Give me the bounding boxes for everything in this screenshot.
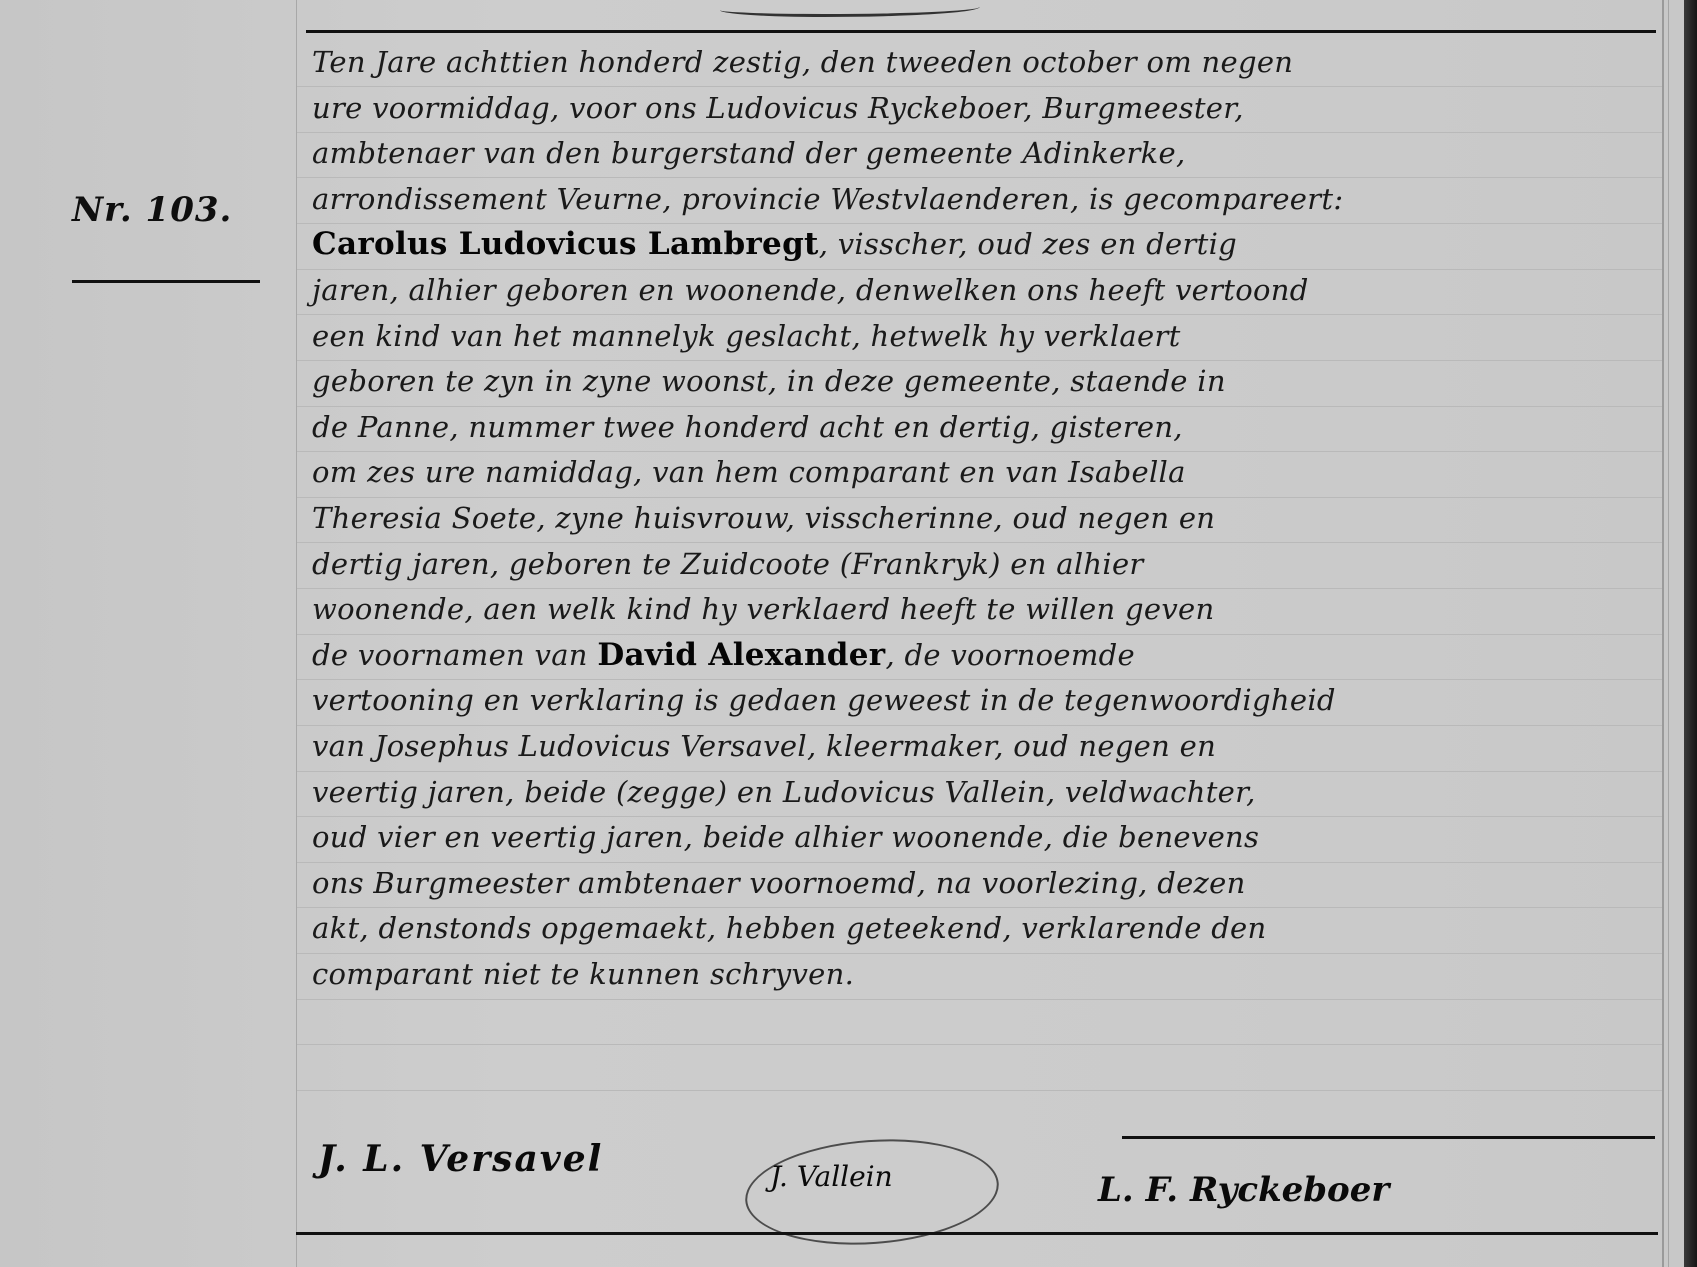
child-name-suffix: , de voornoemde bbox=[885, 638, 1135, 672]
text-line: een kind van het mannelyk geslacht, hetw… bbox=[312, 314, 1652, 360]
text-line: arrondissement Veurne, provincie Westvla… bbox=[312, 177, 1652, 223]
text-line: akt, denstonds opgemaekt, hebben geteeke… bbox=[312, 906, 1652, 952]
page-edge-line-2 bbox=[1668, 0, 1669, 1267]
closing-rule bbox=[1122, 1136, 1655, 1139]
entry-number: Nr. 103. bbox=[72, 190, 232, 230]
text-line: ambtenaer van den burgerstand der gemeen… bbox=[312, 131, 1652, 177]
text-line: van Josephus Ludovicus Versavel, kleerma… bbox=[312, 724, 1652, 770]
entry-top-rule bbox=[306, 30, 1656, 33]
text-line: de Panne, nummer twee honderd acht en de… bbox=[312, 405, 1652, 451]
entry-bottom-rule bbox=[296, 1232, 1658, 1235]
father-details: , visscher, oud zes en dertig bbox=[819, 227, 1237, 261]
register-page: Nr. 103. Ten Jare achttien honderd zesti… bbox=[0, 0, 1697, 1267]
text-line: ons Burgmeester ambtenaer voornoemd, na … bbox=[312, 861, 1652, 907]
previous-entry-flourish bbox=[720, 0, 980, 17]
ruled-line bbox=[297, 1044, 1662, 1045]
book-binding-edge bbox=[1684, 0, 1697, 1267]
text-line: dertig jaren, geboren te Zuidcoote (Fran… bbox=[312, 542, 1652, 588]
text-line: jaren, alhier geboren en woonende, denwe… bbox=[312, 268, 1652, 314]
text-line-child: de voornamen van David Alexander, de voo… bbox=[312, 633, 1652, 679]
signature-witness-versavel: J. L. Versavel bbox=[318, 1138, 603, 1180]
text-line-father: Carolus Ludovicus Lambregt, visscher, ou… bbox=[312, 222, 1652, 268]
signature-witness-vallein: J. Vallein bbox=[770, 1160, 893, 1193]
page-edge-line bbox=[1662, 0, 1664, 1267]
text-line: ure voormiddag, voor ons Ludovicus Rycke… bbox=[312, 86, 1652, 132]
text-line: woonende, aen welk kind hy verklaerd hee… bbox=[312, 587, 1652, 633]
text-line: comparant niet te kunnen schryven. bbox=[312, 952, 1652, 998]
signature-mayor-ryckeboer: L. F. Ryckeboer bbox=[1098, 1170, 1389, 1210]
father-name: Carolus Ludovicus Lambregt bbox=[312, 226, 819, 262]
ruled-line bbox=[297, 999, 1662, 1000]
text-line: veertig jaren, beide (zegge) en Ludovicu… bbox=[312, 770, 1652, 816]
ruled-line bbox=[297, 1090, 1662, 1091]
text-line: Theresia Soete, zyne huisvrouw, visscher… bbox=[312, 496, 1652, 542]
entry-number-rule bbox=[72, 280, 260, 283]
child-name-prefix: de voornamen van bbox=[312, 638, 597, 672]
text-line: oud vier en veertig jaren, beide alhier … bbox=[312, 815, 1652, 861]
text-line: geboren te zyn in zyne woonst, in deze g… bbox=[312, 359, 1652, 405]
text-line: vertooning en verklaring is gedaen gewee… bbox=[312, 678, 1652, 724]
text-line: om zes ure namiddag, van hem comparant e… bbox=[312, 450, 1652, 496]
entry-body-text: Ten Jare achttien honderd zestig, den tw… bbox=[312, 40, 1652, 997]
child-name: David Alexander bbox=[597, 637, 885, 673]
text-line: Ten Jare achttien honderd zestig, den tw… bbox=[312, 40, 1652, 86]
